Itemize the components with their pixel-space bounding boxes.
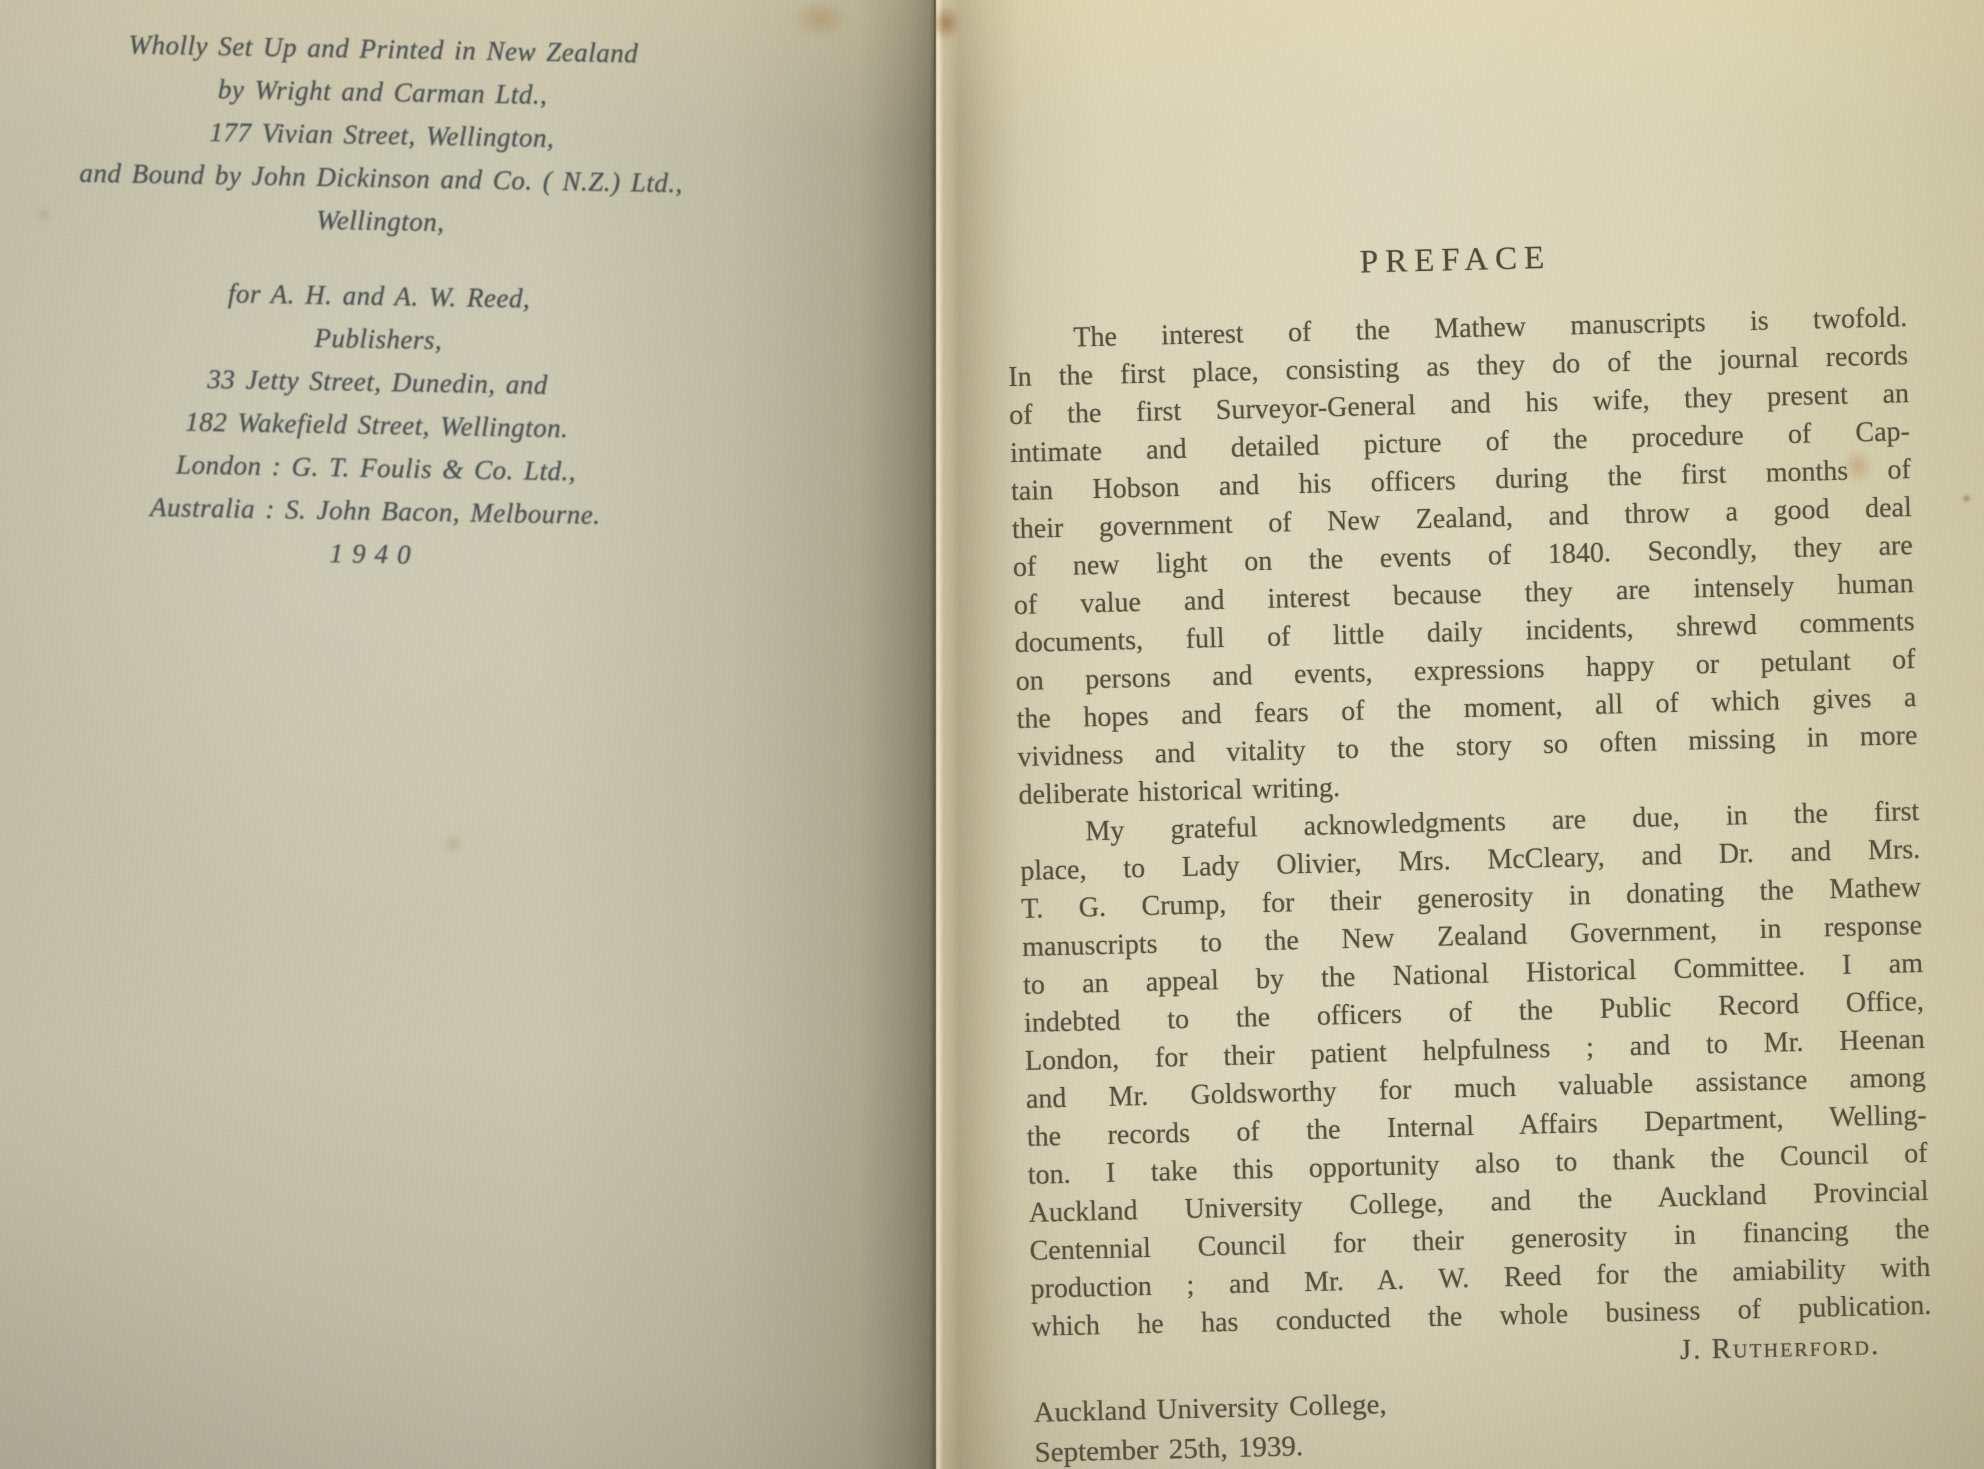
preface-paragraph-2: My grateful acknowledgments are due, in … — [1019, 793, 1932, 1347]
left-page: Wholly Set Up and Printed in New Zealand… — [0, 0, 934, 1469]
preface-footer: Auckland University College, September 2… — [1033, 1371, 1935, 1469]
right-page: PREFACE The interest of the Mathew manus… — [936, 0, 1984, 1469]
preface-text-block: PREFACE The interest of the Mathew manus… — [1005, 229, 1935, 1469]
imprint-block: Wholly Set Up and Printed in New Zealand… — [9, 22, 748, 583]
page-title: PREFACE — [1005, 229, 1906, 291]
book-spread-photo: Wholly Set Up and Printed in New Zealand… — [0, 0, 1984, 1469]
preface-paragraph-1: The interest of the Mathew manuscripts i… — [1007, 299, 1919, 815]
